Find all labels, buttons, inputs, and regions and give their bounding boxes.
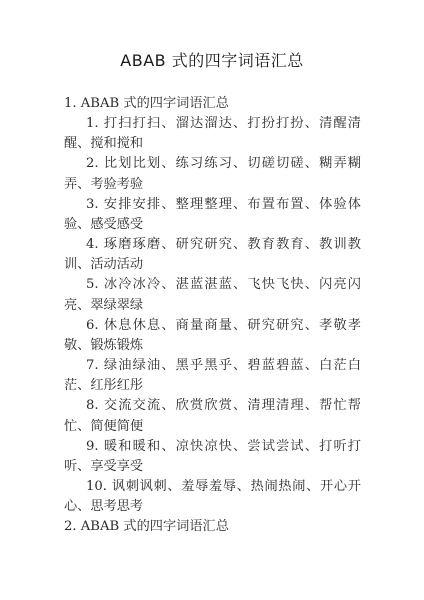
list-item: 2. 比划比划、练习练习、切磋切磋、糊弄糊弄、考验考验 xyxy=(64,154,361,194)
list-item: 6. 休息休息、商量商量、研究研究、孝敬孝敬、锻炼锻炼 xyxy=(64,316,361,356)
document-title: ABAB 式的四字词语汇总 xyxy=(0,51,424,71)
document-body: 1. ABAB 式的四字词语汇总 1. 打扫打扫、溜达溜达、打扮打扮、清醒清醒、… xyxy=(64,94,361,537)
list-item: 4. 琢磨琢磨、研究研究、教育教育、教训教训、活动活动 xyxy=(64,235,361,275)
list-item: 8. 交流交流、欣赏欣赏、清理清理、帮忙帮忙、简便简便 xyxy=(64,396,361,436)
list-item: 9. 暖和暖和、凉快凉快、尝试尝试、打听打听、享受享受 xyxy=(64,437,361,477)
list-item: 10. 讽刺讽刺、羞辱羞辱、热闹热闹、开心开心、思考思考 xyxy=(64,477,361,517)
list-item: 1. 打扫打扫、溜达溜达、打扮打扮、清醒清醒、搅和搅和 xyxy=(64,114,361,154)
section-heading-1: 1. ABAB 式的四字词语汇总 xyxy=(64,94,361,114)
list-item: 3. 安排安排、整理整理、布置布置、体验体验、感受感受 xyxy=(64,195,361,235)
document-page: ABAB 式的四字词语汇总 1. ABAB 式的四字词语汇总 1. 打扫打扫、溜… xyxy=(0,0,424,600)
list-item: 5. 冰冷冰冷、湛蓝湛蓝、飞快飞快、闪亮闪亮、翠绿翠绿 xyxy=(64,275,361,315)
list-item: 7. 绿油绿油、黑乎黑乎、碧蓝碧蓝、白茫白茫、红彤红彤 xyxy=(64,356,361,396)
section-heading-2: 2. ABAB 式的四字词语汇总 xyxy=(64,517,361,537)
